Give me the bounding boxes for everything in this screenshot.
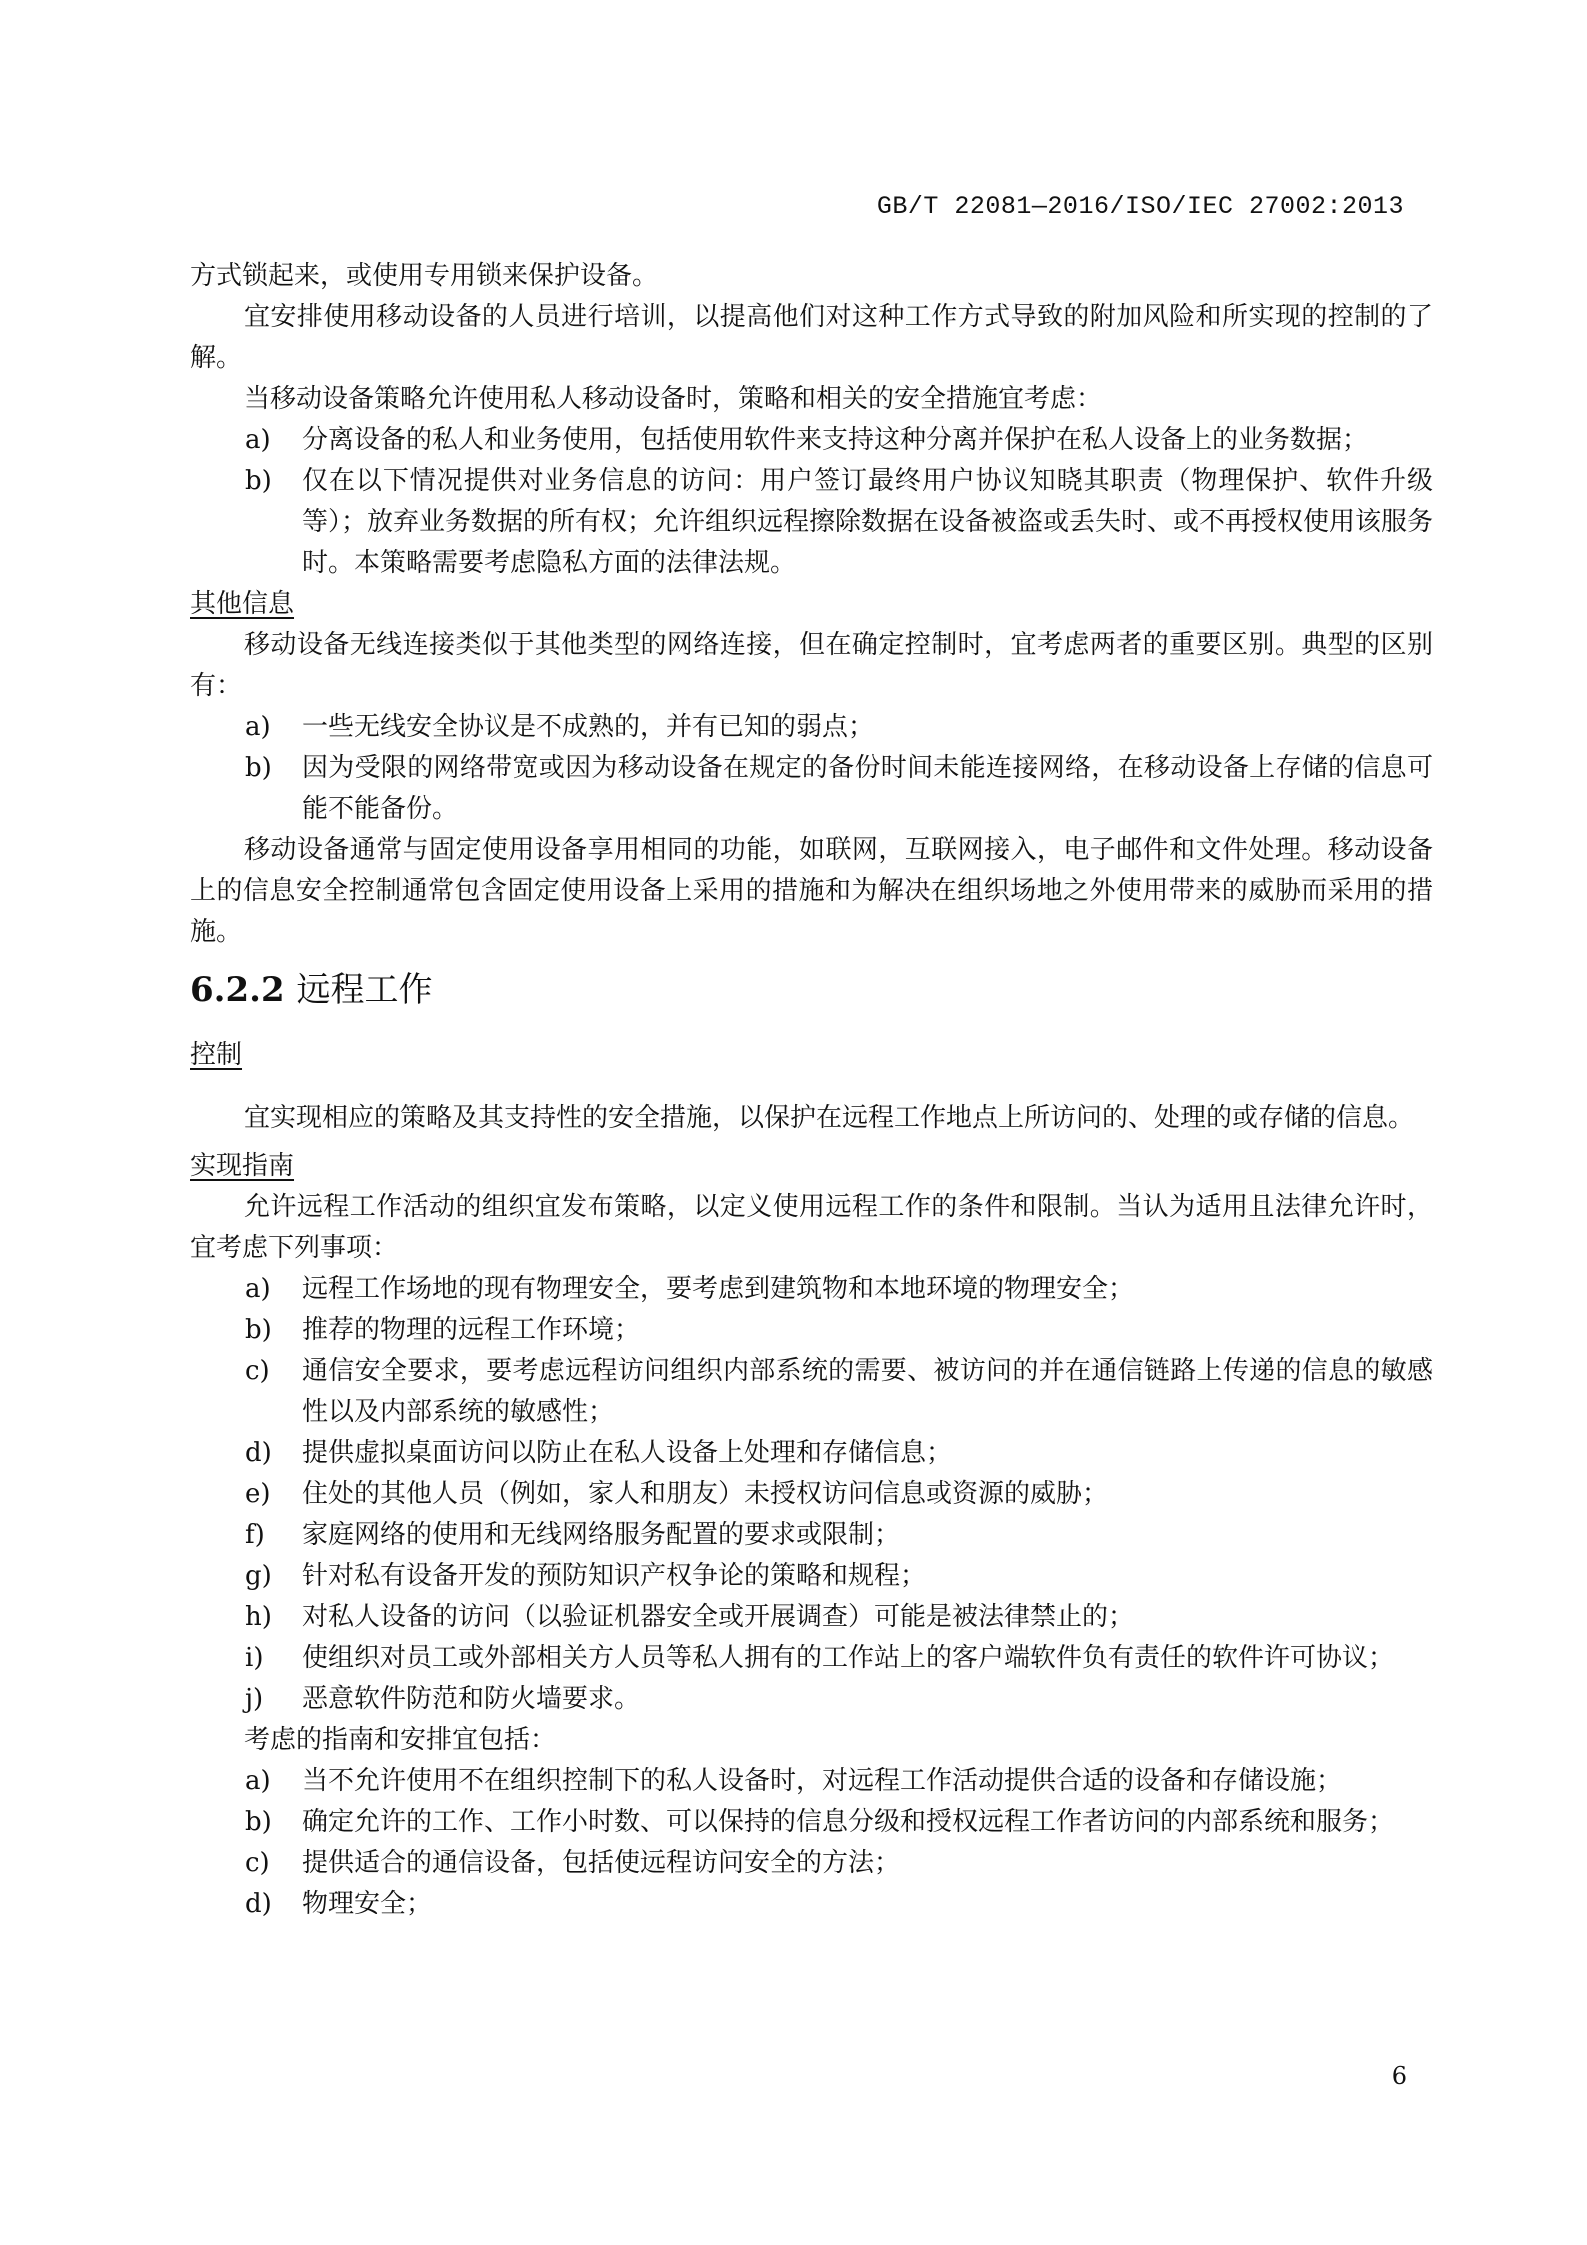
other-info-paragraph: 移动设备无线连接类似于其他类型的网络连接，但在确定控制时，宜考虑两者的重要区别。… (190, 625, 1433, 707)
list-item: b)确定允许的工作、工作小时数、可以保持的信息分级和授权远程工作者访问的内部系统… (190, 1802, 1433, 1843)
list-item: a) 分离设备的私人和业务使用，包括使用软件来支持这种分离并保护在私人设备上的业… (190, 420, 1433, 461)
list-item-text: 住处的其他人员（例如，家人和朋友）未授权访问信息或资源的威胁； (302, 1479, 1108, 1509)
other-info-label-row: 其他信息 (190, 584, 1433, 625)
list-marker: a) (245, 1761, 271, 1802)
list-item: b) 因为受限的网络带宽或因为移动设备在规定的备份时间未能连接网络，在移动设备上… (190, 748, 1433, 830)
guidance-intro: 允许远程工作活动的组织宜发布策略，以定义使用远程工作的条件和限制。当认为适用且法… (190, 1187, 1433, 1269)
list-marker: a) (245, 707, 271, 748)
list-item: f)家庭网络的使用和无线网络服务配置的要求或限制； (190, 1515, 1433, 1556)
list-item-text: 当不允许使用不在组织控制下的私人设备时，对远程工作活动提供合适的设备和存储设施； (302, 1766, 1342, 1796)
list-item-text: 一些无线安全协议是不成熟的，并有已知的弱点； (302, 712, 874, 742)
page-number: 6 (1392, 2062, 1407, 2090)
list-marker: b) (245, 461, 272, 502)
list-marker: a) (245, 1269, 271, 1310)
other-info-paragraph-2: 移动设备通常与固定使用设备享用相同的功能，如联网，互联网接入，电子邮件和文件处理… (190, 830, 1433, 953)
list-marker: b) (245, 1802, 272, 1843)
control-paragraph: 宜实现相应的策略及其支持性的安全措施，以保护在远程工作地点上所访问的、处理的或存… (190, 1090, 1433, 1146)
section-title: 远程工作 (297, 970, 433, 1010)
list-item-text: 推荐的物理的远程工作环境； (302, 1315, 640, 1345)
control-label: 控制 (190, 1040, 242, 1070)
list-marker: g) (245, 1556, 272, 1597)
list-marker: h) (245, 1597, 272, 1638)
list-item: h)对私人设备的访问（以验证机器安全或开展调查）可能是被法律禁止的； (190, 1597, 1433, 1638)
list-marker: j) (245, 1679, 263, 1720)
list-item-text: 提供适合的通信设备，包括使远程访问安全的方法； (302, 1848, 900, 1878)
list-marker: e) (245, 1474, 271, 1515)
list-item-text: 针对私有设备开发的预防知识产权争论的策略和规程； (302, 1561, 926, 1591)
list-item-text: 提供虚拟桌面访问以防止在私人设备上处理和存储信息； (302, 1438, 952, 1468)
list-item: d)物理安全； (190, 1884, 1433, 1925)
list-item-text: 通信安全要求，要考虑远程访问组织内部系统的需要、被访问的并在通信链路上传递的信息… (302, 1356, 1433, 1427)
list-item: a)当不允许使用不在组织控制下的私人设备时，对远程工作活动提供合适的设备和存储设… (190, 1761, 1433, 1802)
list-marker: d) (245, 1433, 272, 1474)
list-item-text: 因为受限的网络带宽或因为移动设备在规定的备份时间未能连接网络，在移动设备上存储的… (302, 753, 1433, 824)
list-item: a) 一些无线安全协议是不成熟的，并有已知的弱点； (190, 707, 1433, 748)
list-marker: a) (245, 420, 271, 461)
training-paragraph: 宜安排使用移动设备的人员进行培训，以提高他们对这种工作方式导致的附加风险和所实现… (190, 297, 1433, 379)
list-item-text: 远程工作场地的现有物理安全，要考虑到建筑物和本地环境的物理安全； (302, 1274, 1134, 1304)
standard-header: GB/T 22081—2016/ISO/IEC 27002:2013 (877, 192, 1404, 221)
list-item: g)针对私有设备开发的预防知识产权争论的策略和规程； (190, 1556, 1433, 1597)
other-info-label: 其他信息 (190, 589, 294, 619)
list-marker: i) (245, 1638, 263, 1679)
guidance-label: 实现指南 (190, 1151, 294, 1181)
private-device-paragraph: 当移动设备策略允许使用私人移动设备时，策略和相关的安全措施宜考虑： (190, 379, 1433, 420)
list-marker: c) (245, 1843, 270, 1884)
list-item-text: 恶意软件防范和防火墙要求。 (302, 1684, 640, 1714)
list-item: b)推荐的物理的远程工作环境； (190, 1310, 1433, 1351)
list-item: b) 仅在以下情况提供对业务信息的访问：用户签订最终用户协议知晓其职责（物理保护… (190, 461, 1433, 584)
guidance-label-row: 实现指南 (190, 1146, 1433, 1187)
list-item: c)通信安全要求，要考虑远程访问组织内部系统的需要、被访问的并在通信链路上传递的… (190, 1351, 1433, 1433)
list-item: j)恶意软件防范和防火墙要求。 (190, 1679, 1433, 1720)
control-label-row: 控制 (190, 1035, 1433, 1076)
list-item-text: 家庭网络的使用和无线网络服务配置的要求或限制； (302, 1520, 900, 1550)
section-number: 6.2.2 (190, 970, 285, 1010)
page-content: 方式锁起来，或使用专用锁来保护设备。 宜安排使用移动设备的人员进行培训，以提高他… (190, 256, 1433, 1925)
list-item: d)提供虚拟桌面访问以防止在私人设备上处理和存储信息； (190, 1433, 1433, 1474)
list-item: a)远程工作场地的现有物理安全，要考虑到建筑物和本地环境的物理安全； (190, 1269, 1433, 1310)
arrangements-intro: 考虑的指南和安排宜包括： (190, 1720, 1433, 1761)
list-marker: b) (245, 748, 272, 789)
list-marker: d) (245, 1884, 272, 1925)
list-item: c)提供适合的通信设备，包括使远程访问安全的方法； (190, 1843, 1433, 1884)
list-item-text: 物理安全； (302, 1889, 432, 1919)
list-marker: f) (245, 1515, 265, 1556)
list-item: e)住处的其他人员（例如，家人和朋友）未授权访问信息或资源的威胁； (190, 1474, 1433, 1515)
list-item-text: 确定允许的工作、工作小时数、可以保持的信息分级和授权远程工作者访问的内部系统和服… (302, 1807, 1394, 1837)
list-item-text: 仅在以下情况提供对业务信息的访问：用户签订最终用户协议知晓其职责（物理保护、软件… (302, 466, 1433, 578)
intro-continuation: 方式锁起来，或使用专用锁来保护设备。 (190, 256, 1433, 297)
document-page: GB/T 22081—2016/ISO/IEC 27002:2013 方式锁起来… (0, 0, 1587, 2245)
list-item-text: 对私人设备的访问（以验证机器安全或开展调查）可能是被法律禁止的； (302, 1602, 1134, 1632)
list-item-text: 使组织对员工或外部相关方人员等私人拥有的工作站上的客户端软件负有责任的软件许可协… (302, 1643, 1394, 1673)
list-item-text: 分离设备的私人和业务使用，包括使用软件来支持这种分离并保护在私人设备上的业务数据… (302, 425, 1368, 455)
list-item: i)使组织对员工或外部相关方人员等私人拥有的工作站上的客户端软件负有责任的软件许… (190, 1638, 1433, 1679)
section-heading: 6.2.2 远程工作 (190, 967, 1433, 1013)
list-marker: b) (245, 1310, 272, 1351)
list-marker: c) (245, 1351, 270, 1392)
